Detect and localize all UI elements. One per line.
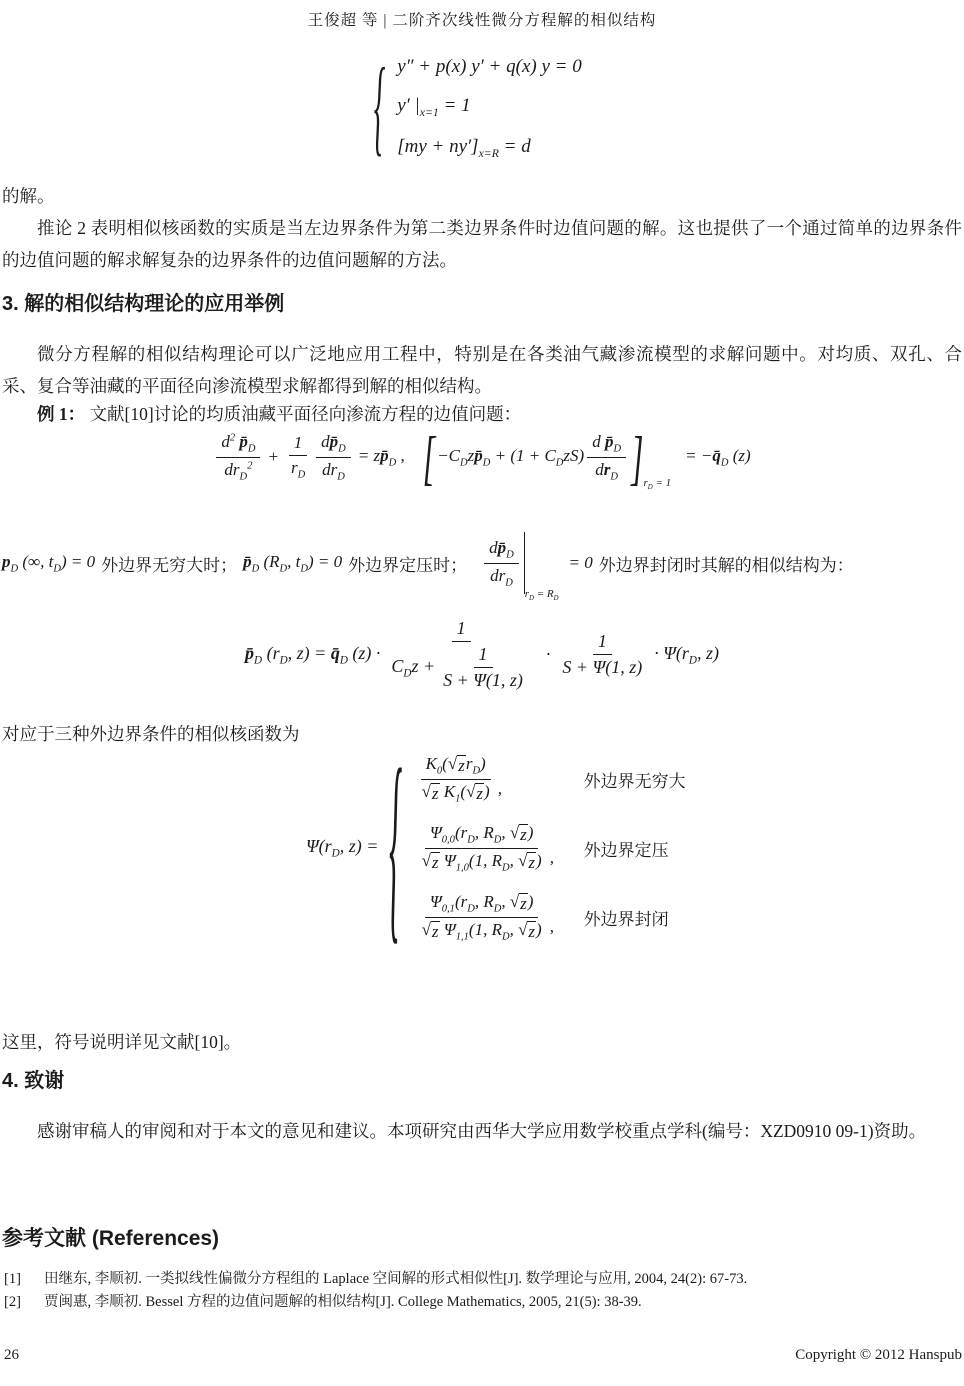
solution-lhs: p̄D (rD, z) = q̄D (z) · xyxy=(245,643,380,667)
references-list: [1] 田继东, 李顺初. 一类拟线性偏微分方程组的 Laplace 空间解的形… xyxy=(4,1268,960,1314)
frac-inner: 1 S + Ψ(1, z) xyxy=(438,644,528,691)
bc-constant-pressure-label: 外边界定压时； xyxy=(348,551,467,576)
left-brace: { xyxy=(374,53,385,161)
kernel-branch-infinite: K0(√zrD) √z K1(√z) , 外边界无穷大 xyxy=(414,754,686,805)
para-acknowledgement: 感谢审稿人的审阅和对于本文的意见和建议。本项研究由西华大学应用数学校重点学科(编… xyxy=(2,1114,962,1148)
boundary-conditions-line: pD (∞, tD) = 0 外边界无穷大时； p̄D (RD, tD) = 0… xyxy=(2,532,962,594)
frac-1-over-r: 1 rD xyxy=(286,433,310,481)
piecewise-brace: { xyxy=(390,742,403,955)
left-bracket: [ xyxy=(423,427,435,488)
equation-radial-flow: d2 p̄D drD2 + 1 rD dp̄D drD = zp̄D , [ −… xyxy=(0,432,964,483)
equation-kernel-piecewise: Ψ(rD, z) = { K0(√zrD) √z K1(√z) , 外边界无穷大… xyxy=(306,754,686,943)
reference-1-text: 田继东, 李顺初. 一类拟线性偏微分方程组的 Laplace 空间解的形式相似性… xyxy=(44,1268,960,1291)
para-application-intro: 微分方程解的相似结构理论可以广泛地应用工程中，特别是在各类油气藏渗流模型的求解问… xyxy=(2,338,962,402)
right-bc-line: [my + ny′]x=R = d xyxy=(397,136,531,160)
bc-closed-label: 外边界封闭时其解的相似结构为： xyxy=(599,551,854,576)
dot-op: · xyxy=(546,644,551,665)
reference-2-number: [2] xyxy=(4,1291,44,1314)
eq-rhs: = −q̄D (z) xyxy=(685,446,751,469)
frac-psi01-psi11: Ψ0,1(rD, RD, √z) √z Ψ1,1(1, RD, √z) xyxy=(417,892,547,943)
para-solution: 的解。 xyxy=(2,180,962,212)
frac-outer: 1 CDz + 1 S + Ψ(1, z) xyxy=(386,618,536,691)
running-title: 王俊超 等 | 二阶齐次线性微分方程解的相似结构 xyxy=(0,8,964,30)
ode-line: y″ + p(x) y′ + q(x) y = 0 xyxy=(397,56,582,78)
frac-dp-dr-2: d p̄D drD xyxy=(587,432,626,483)
right-bracket: ] xyxy=(631,427,643,488)
left-bc-line: y′ |x=1 = 1 xyxy=(397,95,470,119)
frac-psi00-psi10: Ψ0,0(rD, RD, √z) √z Ψ1,0(1, RD, √z) xyxy=(417,823,547,874)
page-number: 26 xyxy=(4,1347,19,1364)
bc-infinite: pD (∞, tD) = 0 xyxy=(2,552,95,575)
section-4-heading: 4. 致谢 xyxy=(2,1064,64,1093)
copyright: Copyright © 2012 Hanspub xyxy=(795,1347,962,1364)
eval-at-rD1: rD = 1 xyxy=(644,477,672,492)
outer-den-pre: CDz + xyxy=(391,656,435,680)
branch3-label: 外边界封闭 xyxy=(584,905,669,930)
references-heading: 参考文献 (References) xyxy=(2,1222,219,1252)
kernel-lhs: Ψ(rD, z) = xyxy=(306,836,378,860)
bc-infinite-label: 外边界无穷大时； xyxy=(101,551,237,576)
branch3-comma: , xyxy=(550,917,554,937)
kernel-branch-closed: Ψ0,1(rD, RD, √z) √z Ψ1,1(1, RD, √z) , 外边… xyxy=(414,892,669,943)
branch1-label: 外边界无穷大 xyxy=(584,767,686,792)
para-corollary-2: 推论 2 表明相似核函数的实质是当左边界条件为第二类边界条件时边值问题的解。这也… xyxy=(2,212,962,276)
equation-system: { y″ + p(x) y′ + q(x) y = 0 y′ |x=1 = 1 … xyxy=(372,56,582,159)
eq-mid: = zp̄D , xyxy=(358,446,405,469)
note-line: 这里，符号说明详见文献[10]。 xyxy=(2,1026,962,1058)
branch2-label: 外边界定压 xyxy=(584,836,669,861)
reference-2-text: 贾闽惠, 李顺初. Bessel 方程的边值问题解的相似结构[J]. Colle… xyxy=(44,1291,960,1314)
kernel-intro-line: 对应于三种外边界条件的相似核函数为 xyxy=(2,718,962,750)
example-1-line: 例 1： 文献[10]讨论的均质油藏平面径向渗流方程的边值问题： xyxy=(2,398,962,430)
branch1-comma: , xyxy=(498,779,502,799)
solution-tail: · Ψ(rD, z) xyxy=(654,643,719,667)
example-1-label: 例 1： xyxy=(37,404,85,424)
branch2-comma: , xyxy=(550,848,554,868)
frac-s-psi: 1 S + Ψ(1, z) xyxy=(557,631,647,678)
bc-closed-rhs: = 0 xyxy=(569,553,593,573)
bracket-terms: −CDzp̄D + (1 + CDzS) xyxy=(437,446,584,469)
section-3-heading: 3. 解的相似结构理论的应用举例 xyxy=(2,287,284,316)
reference-item-1: [1] 田继东, 李顺初. 一类拟线性偏微分方程组的 Laplace 空间解的形… xyxy=(4,1268,960,1291)
frac-dp-dr: dp̄D drD xyxy=(316,432,351,483)
plus-op: + xyxy=(267,447,278,467)
frac-dp-dr-3: dp̄D drD xyxy=(484,538,519,589)
kernel-branch-constant-pressure: Ψ0,0(rD, RD, √z) √z Ψ1,0(1, RD, √z) , 外边… xyxy=(414,823,669,874)
example-1-text: 文献[10]讨论的均质油藏平面径向渗流方程的边值问题： xyxy=(90,404,522,424)
frac-k0-k1: K0(√zrD) √z K1(√z) xyxy=(417,754,495,805)
equation-similar-structure: p̄D (rD, z) = q̄D (z) · 1 CDz + 1 S + Ψ(… xyxy=(0,618,964,691)
frac-d2p: d2 p̄D drD2 xyxy=(216,432,260,483)
evaluation-bar xyxy=(524,532,525,594)
eval-at-rD-RD: rD = RD xyxy=(525,588,559,603)
bc-closed-group: dp̄D drD rD = RD = 0 xyxy=(481,532,593,594)
bc-constant-pressure: p̄D (RD, tD) = 0 xyxy=(243,552,342,575)
inner-bc-bracket-group: [ −CDzp̄D + (1 + CDzS) d p̄D drD ] rD = … xyxy=(423,432,671,483)
reference-1-number: [1] xyxy=(4,1268,44,1291)
reference-item-2: [2] 贾闽惠, 李顺初. Bessel 方程的边值问题解的相似结构[J]. C… xyxy=(4,1291,960,1314)
